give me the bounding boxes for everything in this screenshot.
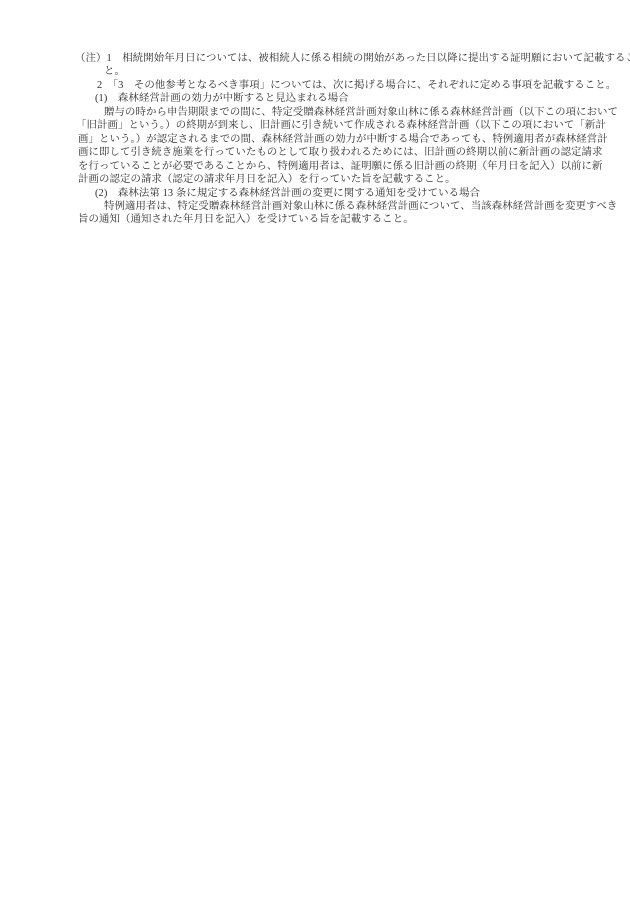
item-1-paragraph-line-5: を行っていることが必要であることから、特例適用者は、証明願に係る旧計画の終期（年… bbox=[0, 160, 630, 173]
note-1-line-2: と。 bbox=[0, 65, 630, 78]
item-2-heading: (2) 森林法第 13 条に規定する森林経営計画の変更に関する通知を受けている場… bbox=[0, 187, 630, 200]
item-1-paragraph-line-4: 画に即して引き続き施業を行っていたものとして取り扱われるためには、旧計画の終期以… bbox=[0, 146, 630, 159]
item-1-heading: (1) 森林経営計画の効力が中断すると見込まれる場合 bbox=[0, 92, 630, 105]
note-2-line: 2 「3 その他参考となるべき事項」については、次に掲げる場合に、それぞれに定め… bbox=[0, 79, 630, 92]
item-1-paragraph-line-3: 画」という。）が認定されるまでの間、森林経営計画の効力が中断する場合であっても、… bbox=[0, 133, 630, 146]
document-page: （注）1 相続開始年月日については、被相続人に係る相続の開始があった日以降に提出… bbox=[0, 0, 630, 915]
note-1-line-1: （注）1 相続開始年月日については、被相続人に係る相続の開始があった日以降に提出… bbox=[0, 52, 630, 65]
notes-block: （注）1 相続開始年月日については、被相続人に係る相続の開始があった日以降に提出… bbox=[0, 52, 630, 227]
item-2-paragraph-line-1: 特例適用者は、特定受贈森林経営計画対象山林に係る森林経営計画について、当該森林経… bbox=[0, 200, 630, 213]
item-1-paragraph-line-2: 「旧計画」という。）の終期が到来し、旧計画に引き続いて作成される森林経営計画（以… bbox=[0, 119, 630, 132]
item-2-paragraph-line-2: 旨の通知（通知された年月日を記入）を受けている旨を記載すること。 bbox=[0, 213, 630, 226]
item-1-paragraph-line-1: 贈与の時から申告期限までの間に、特定受贈森林経営計画対象山林に係る森林経営計画（… bbox=[0, 106, 630, 119]
item-1-paragraph-line-6: 計画の認定の請求（認定の請求年月日を記入）を行っていた旨を記載すること。 bbox=[0, 173, 630, 186]
